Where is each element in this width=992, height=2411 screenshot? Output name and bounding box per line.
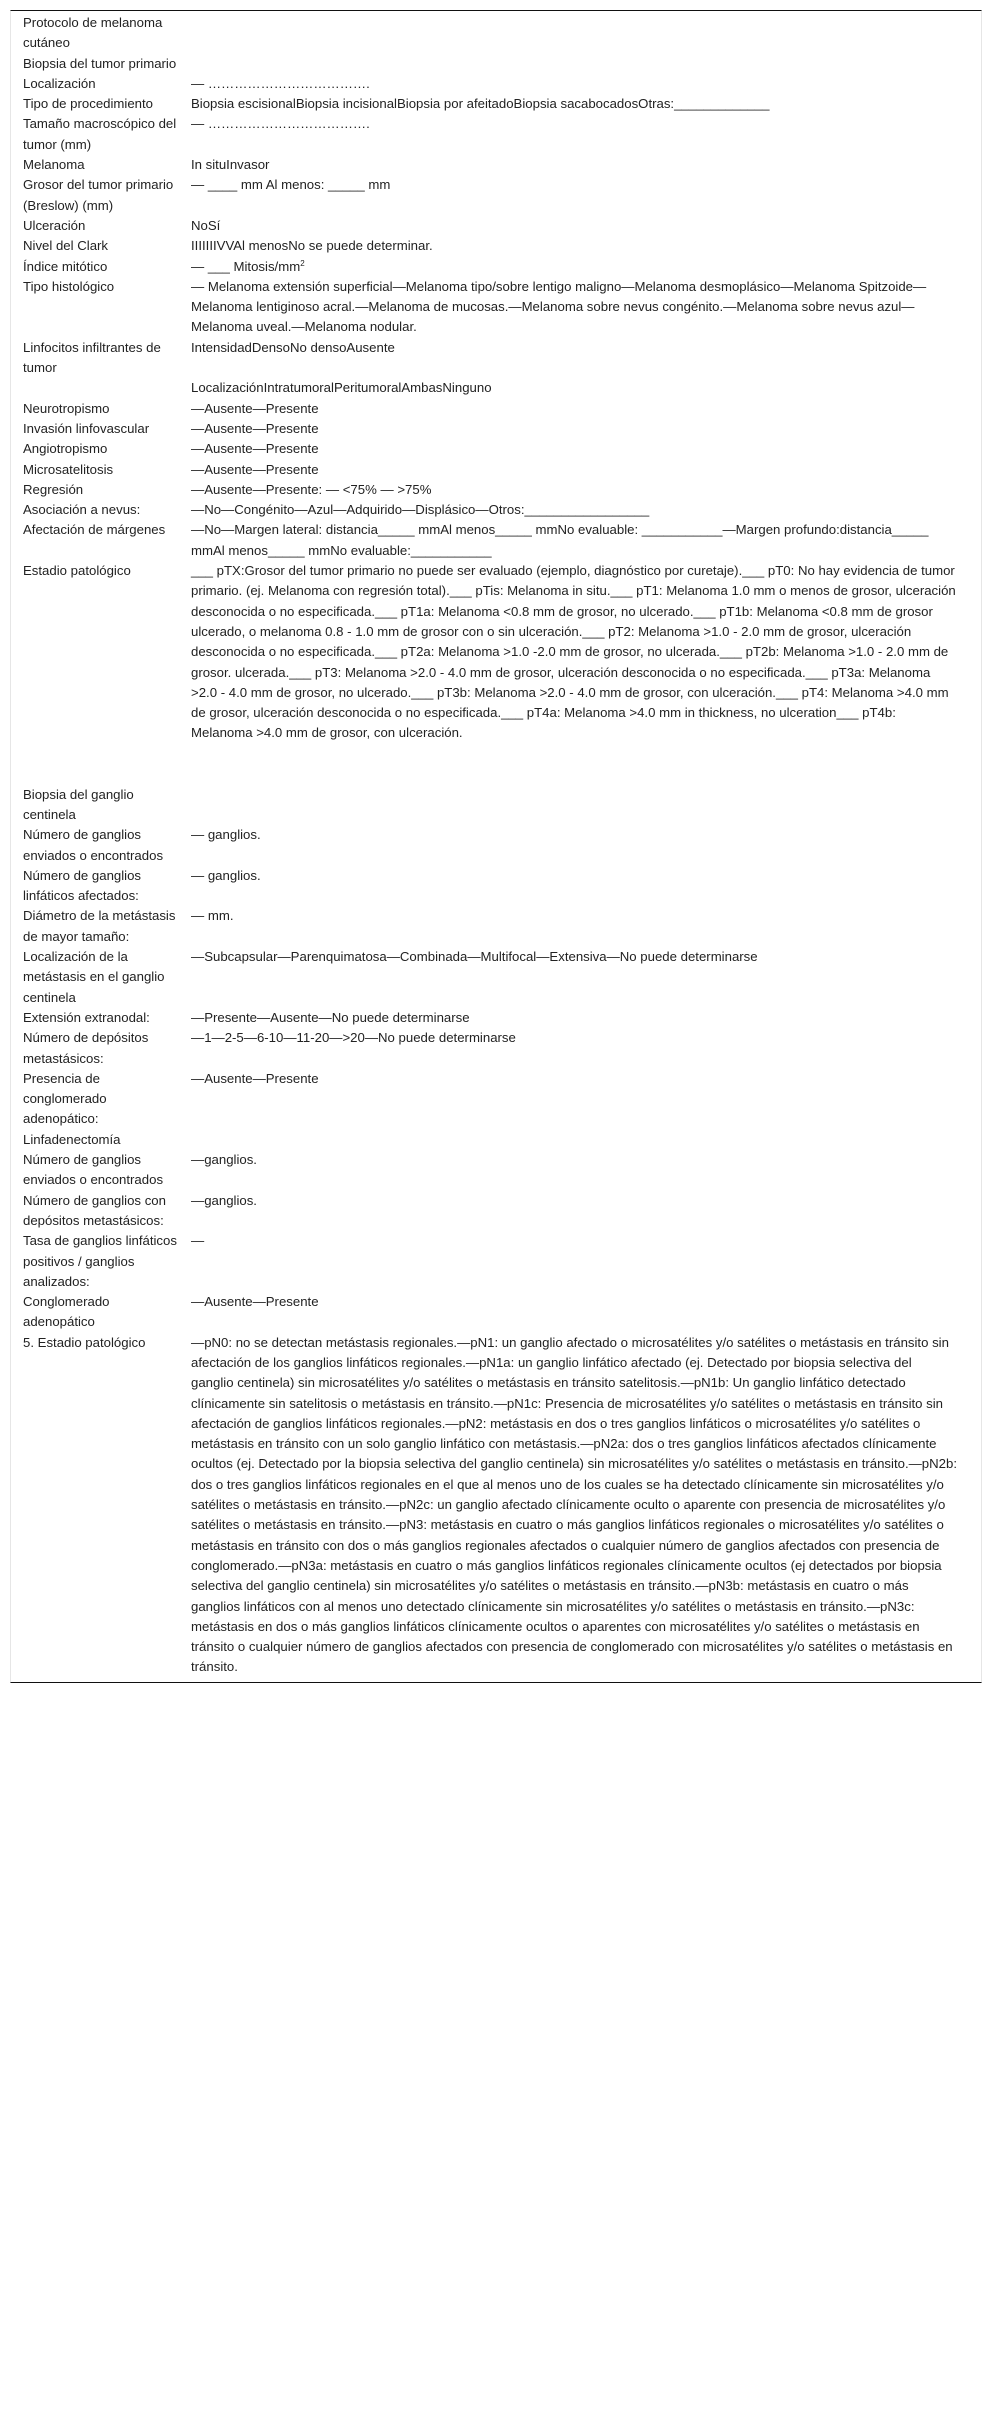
row-label: Grosor del tumor primario (Breslow) (mm)	[11, 175, 191, 216]
row-value-text: —No—Margen lateral: distancia_____ mmAl …	[191, 522, 928, 557]
table-row: Número de ganglios con depósitos metastá…	[11, 1191, 981, 1232]
row-value-text: — mm.	[191, 908, 234, 923]
table-row: Linfocitos infiltrantes de tumor Intensi…	[11, 338, 981, 379]
row-value	[191, 1130, 981, 1150]
table-row: Regresión —Ausente—Presente: — <75% — >7…	[11, 480, 981, 500]
row-value-text: —1—2-5—6-10—11-20—>20—No puede determina…	[191, 1030, 516, 1045]
row-label: Invasión linfovascular	[11, 419, 191, 439]
row-value-text: —Subcapsular—Parenquimatosa—Combinada—Mu…	[191, 949, 758, 964]
table-row: Ulceración NoSí	[11, 216, 981, 236]
row-value: —ganglios.	[191, 1191, 981, 1232]
row-label: Regresión	[11, 480, 191, 500]
row-label: Conglomerado adenopático	[11, 1292, 191, 1333]
row-value-text: ___ pTX:Grosor del tumor primario no pue…	[191, 563, 956, 740]
table-row: Tasa de ganglios linfáticos positivos / …	[11, 1231, 981, 1292]
row-value: —No—Congénito—Azul—Adquirido—Displásico—…	[191, 500, 981, 520]
table-row: Afectación de márgenes —No—Margen latera…	[11, 520, 981, 561]
table-row: Invasión linfovascular —Ausente—Presente	[11, 419, 981, 439]
row-value-text: — ___ Mitosis/mm	[191, 259, 300, 274]
row-value: —Ausente—Presente	[191, 460, 981, 480]
row-value-text: —Ausente—Presente	[191, 441, 319, 456]
row-value: —Ausente—Presente	[191, 399, 981, 419]
row-value: IIIIIIIVVAl menosNo se puede determinar.	[191, 236, 981, 256]
row-value: — mm.	[191, 906, 981, 947]
row-label: Linfocitos infiltrantes de tumor	[11, 338, 191, 379]
row-label: Biopsia del ganglio centinela	[11, 785, 191, 826]
row-label: Biopsia del tumor primario	[11, 54, 191, 74]
row-value: —Presente—Ausente—No puede determinarse	[191, 1008, 981, 1028]
table-row: Neurotropismo —Ausente—Presente	[11, 399, 981, 419]
row-value-text: — ……………………………….	[191, 76, 370, 91]
row-value-text: IIIIIIIVVAl menosNo se puede determinar.	[191, 238, 433, 253]
row-label: Protocolo de melanoma cutáneo	[11, 13, 191, 54]
row-label: Extensión extranodal:	[11, 1008, 191, 1028]
row-label: Número de ganglios con depósitos metastá…	[11, 1191, 191, 1232]
row-value-text: —Presente—Ausente—No puede determinarse	[191, 1010, 470, 1025]
row-label: Linfadenectomía	[11, 1130, 191, 1150]
row-label: Número de ganglios enviados o encontrado…	[11, 1150, 191, 1191]
row-value-text: IntensidadDensoNo densoAusente	[191, 340, 395, 355]
table-row: Asociación a nevus: —No—Congénito—Azul—A…	[11, 500, 981, 520]
row-value-text: Biopsia escisionalBiopsia incisionalBiop…	[191, 96, 769, 111]
row-value: In situInvasor	[191, 155, 981, 175]
table-row: Presencia de conglomerado adenopático: —…	[11, 1069, 981, 1130]
table-row: Tipo histológico — Melanoma extensión su…	[11, 277, 981, 338]
row-label	[11, 378, 191, 398]
table-row: Angiotropismo —Ausente—Presente	[11, 439, 981, 459]
table-row: Índice mitótico — ___ Mitosis/mm2	[11, 257, 981, 277]
table-row: Protocolo de melanoma cutáneo	[11, 13, 981, 54]
table-row: Número de depósitos metastásicos: —1—2-5…	[11, 1028, 981, 1069]
row-value: —1—2-5—6-10—11-20—>20—No puede determina…	[191, 1028, 981, 1069]
table-row: Microsatelitosis —Ausente—Presente	[11, 460, 981, 480]
table-row: Grosor del tumor primario (Breslow) (mm)…	[11, 175, 981, 216]
row-label: Tipo histológico	[11, 277, 191, 338]
row-value: —No—Margen lateral: distancia_____ mmAl …	[191, 520, 981, 561]
row-label: Angiotropismo	[11, 439, 191, 459]
row-value-text: —ganglios.	[191, 1152, 257, 1167]
table-row: 5. Estadio patológico —pN0: no se detect…	[11, 1333, 981, 1678]
row-value	[191, 13, 981, 54]
table-row: Diámetro de la metástasis de mayor tamañ…	[11, 906, 981, 947]
row-label: Afectación de márgenes	[11, 520, 191, 561]
row-label: Asociación a nevus:	[11, 500, 191, 520]
row-value: —Ausente—Presente: — <75% — >75%	[191, 480, 981, 500]
row-value-text: — ganglios.	[191, 868, 261, 883]
row-label: Localización	[11, 74, 191, 94]
superscript: 2	[300, 259, 304, 268]
table-row: LocalizaciónIntratumoralPeritumoralAmbas…	[11, 378, 981, 398]
spacer-cell	[11, 744, 981, 785]
row-value: Biopsia escisionalBiopsia incisionalBiop…	[191, 94, 981, 114]
melanoma-protocol-table-container: Protocolo de melanoma cutáneo Biopsia de…	[10, 10, 982, 1683]
row-label: Número de depósitos metastásicos:	[11, 1028, 191, 1069]
row-value-text: — ……………………………….	[191, 116, 370, 131]
row-value: NoSí	[191, 216, 981, 236]
row-value: — ……………………………….	[191, 74, 981, 94]
row-value: —pN0: no se detectan metástasis regional…	[191, 1333, 981, 1678]
row-value-text: — ____ mm Al menos: _____ mm	[191, 177, 390, 192]
table-row: Conglomerado adenopático —Ausente—Presen…	[11, 1292, 981, 1333]
row-value: — ____ mm Al menos: _____ mm	[191, 175, 981, 216]
table-row: Número de ganglios linfáticos afectados:…	[11, 866, 981, 907]
row-value: — ganglios.	[191, 866, 981, 907]
row-value-text: —Ausente—Presente	[191, 462, 319, 477]
row-value-text: —Ausente—Presente	[191, 401, 319, 416]
row-label: Localización de la metástasis en el gang…	[11, 947, 191, 1008]
row-value-text: In situInvasor	[191, 157, 269, 172]
row-label: Tamaño macroscópico del tumor (mm)	[11, 114, 191, 155]
row-value-text: —Ausente—Presente	[191, 421, 319, 436]
row-value	[191, 785, 981, 826]
table-row: Localización — ……………………………….	[11, 74, 981, 94]
row-value-text: —ganglios.	[191, 1193, 257, 1208]
row-value: — Melanoma extensión superficial—Melanom…	[191, 277, 981, 338]
melanoma-protocol-table: Protocolo de melanoma cutáneo Biopsia de…	[11, 13, 981, 1678]
row-label: Estadio patológico	[11, 561, 191, 744]
row-label: Número de ganglios linfáticos afectados:	[11, 866, 191, 907]
row-label: Nivel del Clark	[11, 236, 191, 256]
table-row: Tamaño macroscópico del tumor (mm) — …………	[11, 114, 981, 155]
table-row: Biopsia del tumor primario	[11, 54, 981, 74]
row-label: 5. Estadio patológico	[11, 1333, 191, 1678]
row-value: —ganglios.	[191, 1150, 981, 1191]
table-row: Extensión extranodal: —Presente—Ausente—…	[11, 1008, 981, 1028]
row-value: LocalizaciónIntratumoralPeritumoralAmbas…	[191, 378, 981, 398]
row-value: ___ pTX:Grosor del tumor primario no pue…	[191, 561, 981, 744]
row-value-text: —Ausente—Presente: — <75% — >75%	[191, 482, 431, 497]
row-value: — ……………………………….	[191, 114, 981, 155]
row-value-text: — ganglios.	[191, 827, 261, 842]
row-label: Presencia de conglomerado adenopático:	[11, 1069, 191, 1130]
row-label: Número de ganglios enviados o encontrado…	[11, 825, 191, 866]
row-label: Ulceración	[11, 216, 191, 236]
row-label: Índice mitótico	[11, 257, 191, 277]
row-value-text: NoSí	[191, 218, 220, 233]
row-value: —Ausente—Presente	[191, 439, 981, 459]
row-value	[191, 54, 981, 74]
row-value-text: — Melanoma extensión superficial—Melanom…	[191, 279, 926, 335]
table-row: Estadio patológico ___ pTX:Grosor del tu…	[11, 561, 981, 744]
table-row: Linfadenectomía	[11, 1130, 981, 1150]
row-value: —Ausente—Presente	[191, 419, 981, 439]
row-value: — ganglios.	[191, 825, 981, 866]
table-row: Nivel del Clark IIIIIIIVVAl menosNo se p…	[11, 236, 981, 256]
table-row: Localización de la metástasis en el gang…	[11, 947, 981, 1008]
row-value-text: —No—Congénito—Azul—Adquirido—Displásico—…	[191, 502, 649, 517]
row-value-text: —	[191, 1233, 204, 1248]
row-label: Tipo de procedimiento	[11, 94, 191, 114]
row-label: Melanoma	[11, 155, 191, 175]
row-value: —Subcapsular—Parenquimatosa—Combinada—Mu…	[191, 947, 981, 1008]
section-spacer	[11, 744, 981, 785]
row-value-text: —Ausente—Presente	[191, 1071, 319, 1086]
table-row: Melanoma In situInvasor	[11, 155, 981, 175]
row-label: Microsatelitosis	[11, 460, 191, 480]
table-body: Protocolo de melanoma cutáneo Biopsia de…	[11, 13, 981, 1678]
row-value-text: —pN0: no se detectan metástasis regional…	[191, 1335, 957, 1675]
row-value: IntensidadDensoNo densoAusente	[191, 338, 981, 379]
row-value: —	[191, 1231, 981, 1292]
row-value: — ___ Mitosis/mm2	[191, 257, 981, 277]
row-value-text: LocalizaciónIntratumoralPeritumoralAmbas…	[191, 380, 492, 395]
table-row: Biopsia del ganglio centinela	[11, 785, 981, 826]
row-value: —Ausente—Presente	[191, 1069, 981, 1130]
row-value-text: —Ausente—Presente	[191, 1294, 319, 1309]
row-label: Diámetro de la metástasis de mayor tamañ…	[11, 906, 191, 947]
table-row: Número de ganglios enviados o encontrado…	[11, 825, 981, 866]
row-value: —Ausente—Presente	[191, 1292, 981, 1333]
row-label: Neurotropismo	[11, 399, 191, 419]
table-row: Tipo de procedimiento Biopsia escisional…	[11, 94, 981, 114]
row-label: Tasa de ganglios linfáticos positivos / …	[11, 1231, 191, 1292]
table-row: Número de ganglios enviados o encontrado…	[11, 1150, 981, 1191]
